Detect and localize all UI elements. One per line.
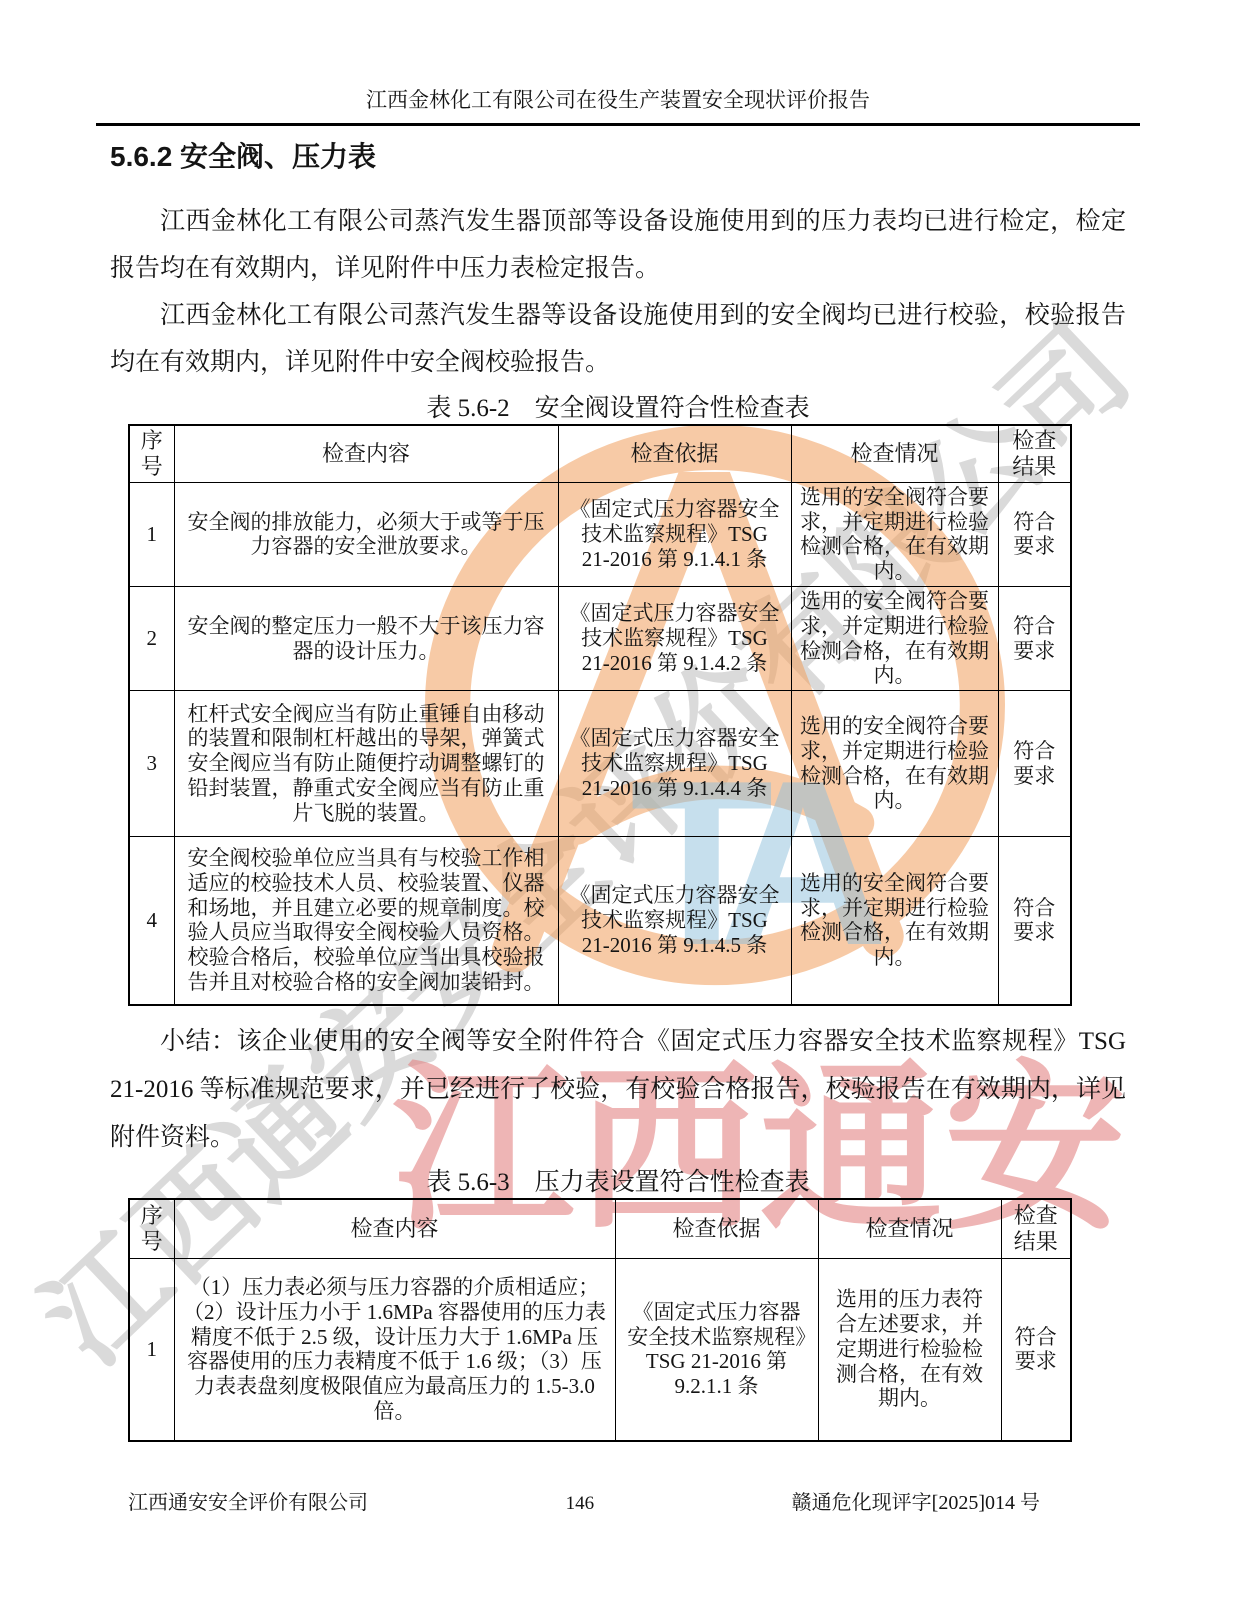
col-header-no: 序号 xyxy=(129,425,174,482)
table-row: 4 安全阀校验单位应当具有与校验工作相适应的校验技术人员、校验装置、仪器和场地，… xyxy=(129,837,1071,1005)
cell-content: 安全阀的整定压力一般不大于该压力容器的设计压力。 xyxy=(174,586,558,690)
cell-basis: 《固定式压力容器安全技术监察规程》TSG 21-2016 第 9.2.1.1 条 xyxy=(615,1259,818,1441)
page-header: 江西金林化工有限公司在役生产装置安全现状评价报告 xyxy=(96,84,1140,126)
table-header-row: 序号 检查内容 检查依据 检查情况 检查结果 xyxy=(129,425,1071,482)
col-header-basis: 检查依据 xyxy=(615,1199,818,1259)
table-row: 2 安全阀的整定压力一般不大于该压力容器的设计压力。 《固定式压力容器安全技术监… xyxy=(129,586,1071,690)
footer-company: 江西通安安全评价有限公司 xyxy=(128,1486,368,1515)
paragraph-safety-valve: 江西金林化工有限公司蒸汽发生器等设备设施使用到的安全阀均已进行校验，校验报告均在… xyxy=(110,292,1126,386)
cell-result: 符合要求 xyxy=(998,691,1071,837)
safety-valve-check-table: 序号 检查内容 检查依据 检查情况 检查结果 1 安全阀的排放能力，必须大于或等… xyxy=(128,424,1072,1006)
cell-basis: 《固定式压力容器安全技术监察规程》TSG 21-2016 第 9.1.4.2 条 xyxy=(558,586,791,690)
page-content: 5.6.2 安全阀、压力表 江西金林化工有限公司蒸汽发生器顶部等设备设施使用到的… xyxy=(110,140,1126,1442)
page-number: 146 xyxy=(566,1493,595,1515)
footer-doc-number: 赣通危化现评字[2025]014 号 xyxy=(792,1486,1040,1515)
cell-content: 安全阀的排放能力，必须大于或等于压力容器的安全泄放要求。 xyxy=(174,482,558,586)
cell-content: （1）压力表必须与压力容器的介质相适应；（2）设计压力小于 1.6MPa 容器使… xyxy=(174,1259,615,1441)
table-row: 1 （1）压力表必须与压力容器的介质相适应；（2）设计压力小于 1.6MPa 容… xyxy=(129,1259,1071,1441)
col-header-basis: 检查依据 xyxy=(558,425,791,482)
cell-content: 安全阀校验单位应当具有与校验工作相适应的校验技术人员、校验装置、仪器和场地，并且… xyxy=(174,837,558,1005)
cell-basis: 《固定式压力容器安全技术监察规程》TSG 21-2016 第 9.1.4.4 条 xyxy=(558,691,791,837)
col-header-result: 检查结果 xyxy=(1001,1199,1071,1259)
cell-result: 符合要求 xyxy=(998,837,1071,1005)
cell-basis: 《固定式压力容器安全技术监察规程》TSG 21-2016 第 9.1.4.1 条 xyxy=(558,482,791,586)
cell-no: 2 xyxy=(129,586,174,690)
cell-result: 符合要求 xyxy=(1001,1259,1071,1441)
col-header-result: 检查结果 xyxy=(998,425,1071,482)
paragraph-pressure-gauge: 江西金林化工有限公司蒸汽发生器顶部等设备设施使用到的压力表均已进行检定，检定报告… xyxy=(110,198,1126,292)
document-page: 江西通安安全评价有限公司 TA 江西通安 江西金林化工有限公司在役生产装置安全现… xyxy=(0,0,1236,1600)
table1-caption: 表 5.6-2 安全阀设置符合性检查表 xyxy=(110,394,1126,424)
page-header-title: 江西金林化工有限公司在役生产装置安全现状评价报告 xyxy=(366,88,870,112)
col-header-content: 检查内容 xyxy=(174,425,558,482)
page-footer: 江西通安安全评价有限公司 146 赣通危化现评字[2025]014 号 xyxy=(128,1486,1040,1515)
table-row: 1 安全阀的排放能力，必须大于或等于压力容器的安全泄放要求。 《固定式压力容器安… xyxy=(129,482,1071,586)
cell-situation: 选用的安全阀符合要求，并定期进行检验检测合格，在有效期内。 xyxy=(791,837,998,1005)
table-row: 3 杠杆式安全阀应当有防止重锤自由移动的装置和限制杠杆越出的导架，弹簧式安全阀应… xyxy=(129,691,1071,837)
table-header-row: 序号 检查内容 检查依据 检查情况 检查结果 xyxy=(129,1199,1071,1259)
cell-result: 符合要求 xyxy=(998,482,1071,586)
cell-no: 3 xyxy=(129,691,174,837)
cell-situation: 选用的安全阀符合要求，并定期进行检验检测合格，在有效期内。 xyxy=(791,586,998,690)
cell-situation: 选用的安全阀符合要求，并定期进行检验检测合格，在有效期内。 xyxy=(791,691,998,837)
cell-basis: 《固定式压力容器安全技术监察规程》TSG 21-2016 第 9.1.4.5 条 xyxy=(558,837,791,1005)
cell-content: 杠杆式安全阀应当有防止重锤自由移动的装置和限制杠杆越出的导架，弹簧式安全阀应当有… xyxy=(174,691,558,837)
pressure-gauge-check-table: 序号 检查内容 检查依据 检查情况 检查结果 1 （1）压力表必须与压力容器的介… xyxy=(128,1198,1072,1442)
cell-situation: 选用的压力表符合左述要求，并定期进行检验检测合格，在有效期内。 xyxy=(818,1259,1001,1441)
cell-result: 符合要求 xyxy=(998,586,1071,690)
col-header-no: 序号 xyxy=(129,1199,174,1259)
cell-situation: 选用的安全阀符合要求，并定期进行检验检测合格，在有效期内。 xyxy=(791,482,998,586)
section-heading: 5.6.2 安全阀、压力表 xyxy=(110,140,1126,174)
table2-caption: 表 5.6-3 压力表设置符合性检查表 xyxy=(110,1168,1126,1198)
col-header-content: 检查内容 xyxy=(174,1199,615,1259)
cell-no: 4 xyxy=(129,837,174,1005)
cell-no: 1 xyxy=(129,482,174,586)
col-header-situation: 检查情况 xyxy=(791,425,998,482)
summary-paragraph: 小结：该企业使用的安全阀等安全附件符合《固定式压力容器安全技术监察规程》TSG … xyxy=(110,1018,1126,1162)
col-header-situation: 检查情况 xyxy=(818,1199,1001,1259)
cell-no: 1 xyxy=(129,1259,174,1441)
